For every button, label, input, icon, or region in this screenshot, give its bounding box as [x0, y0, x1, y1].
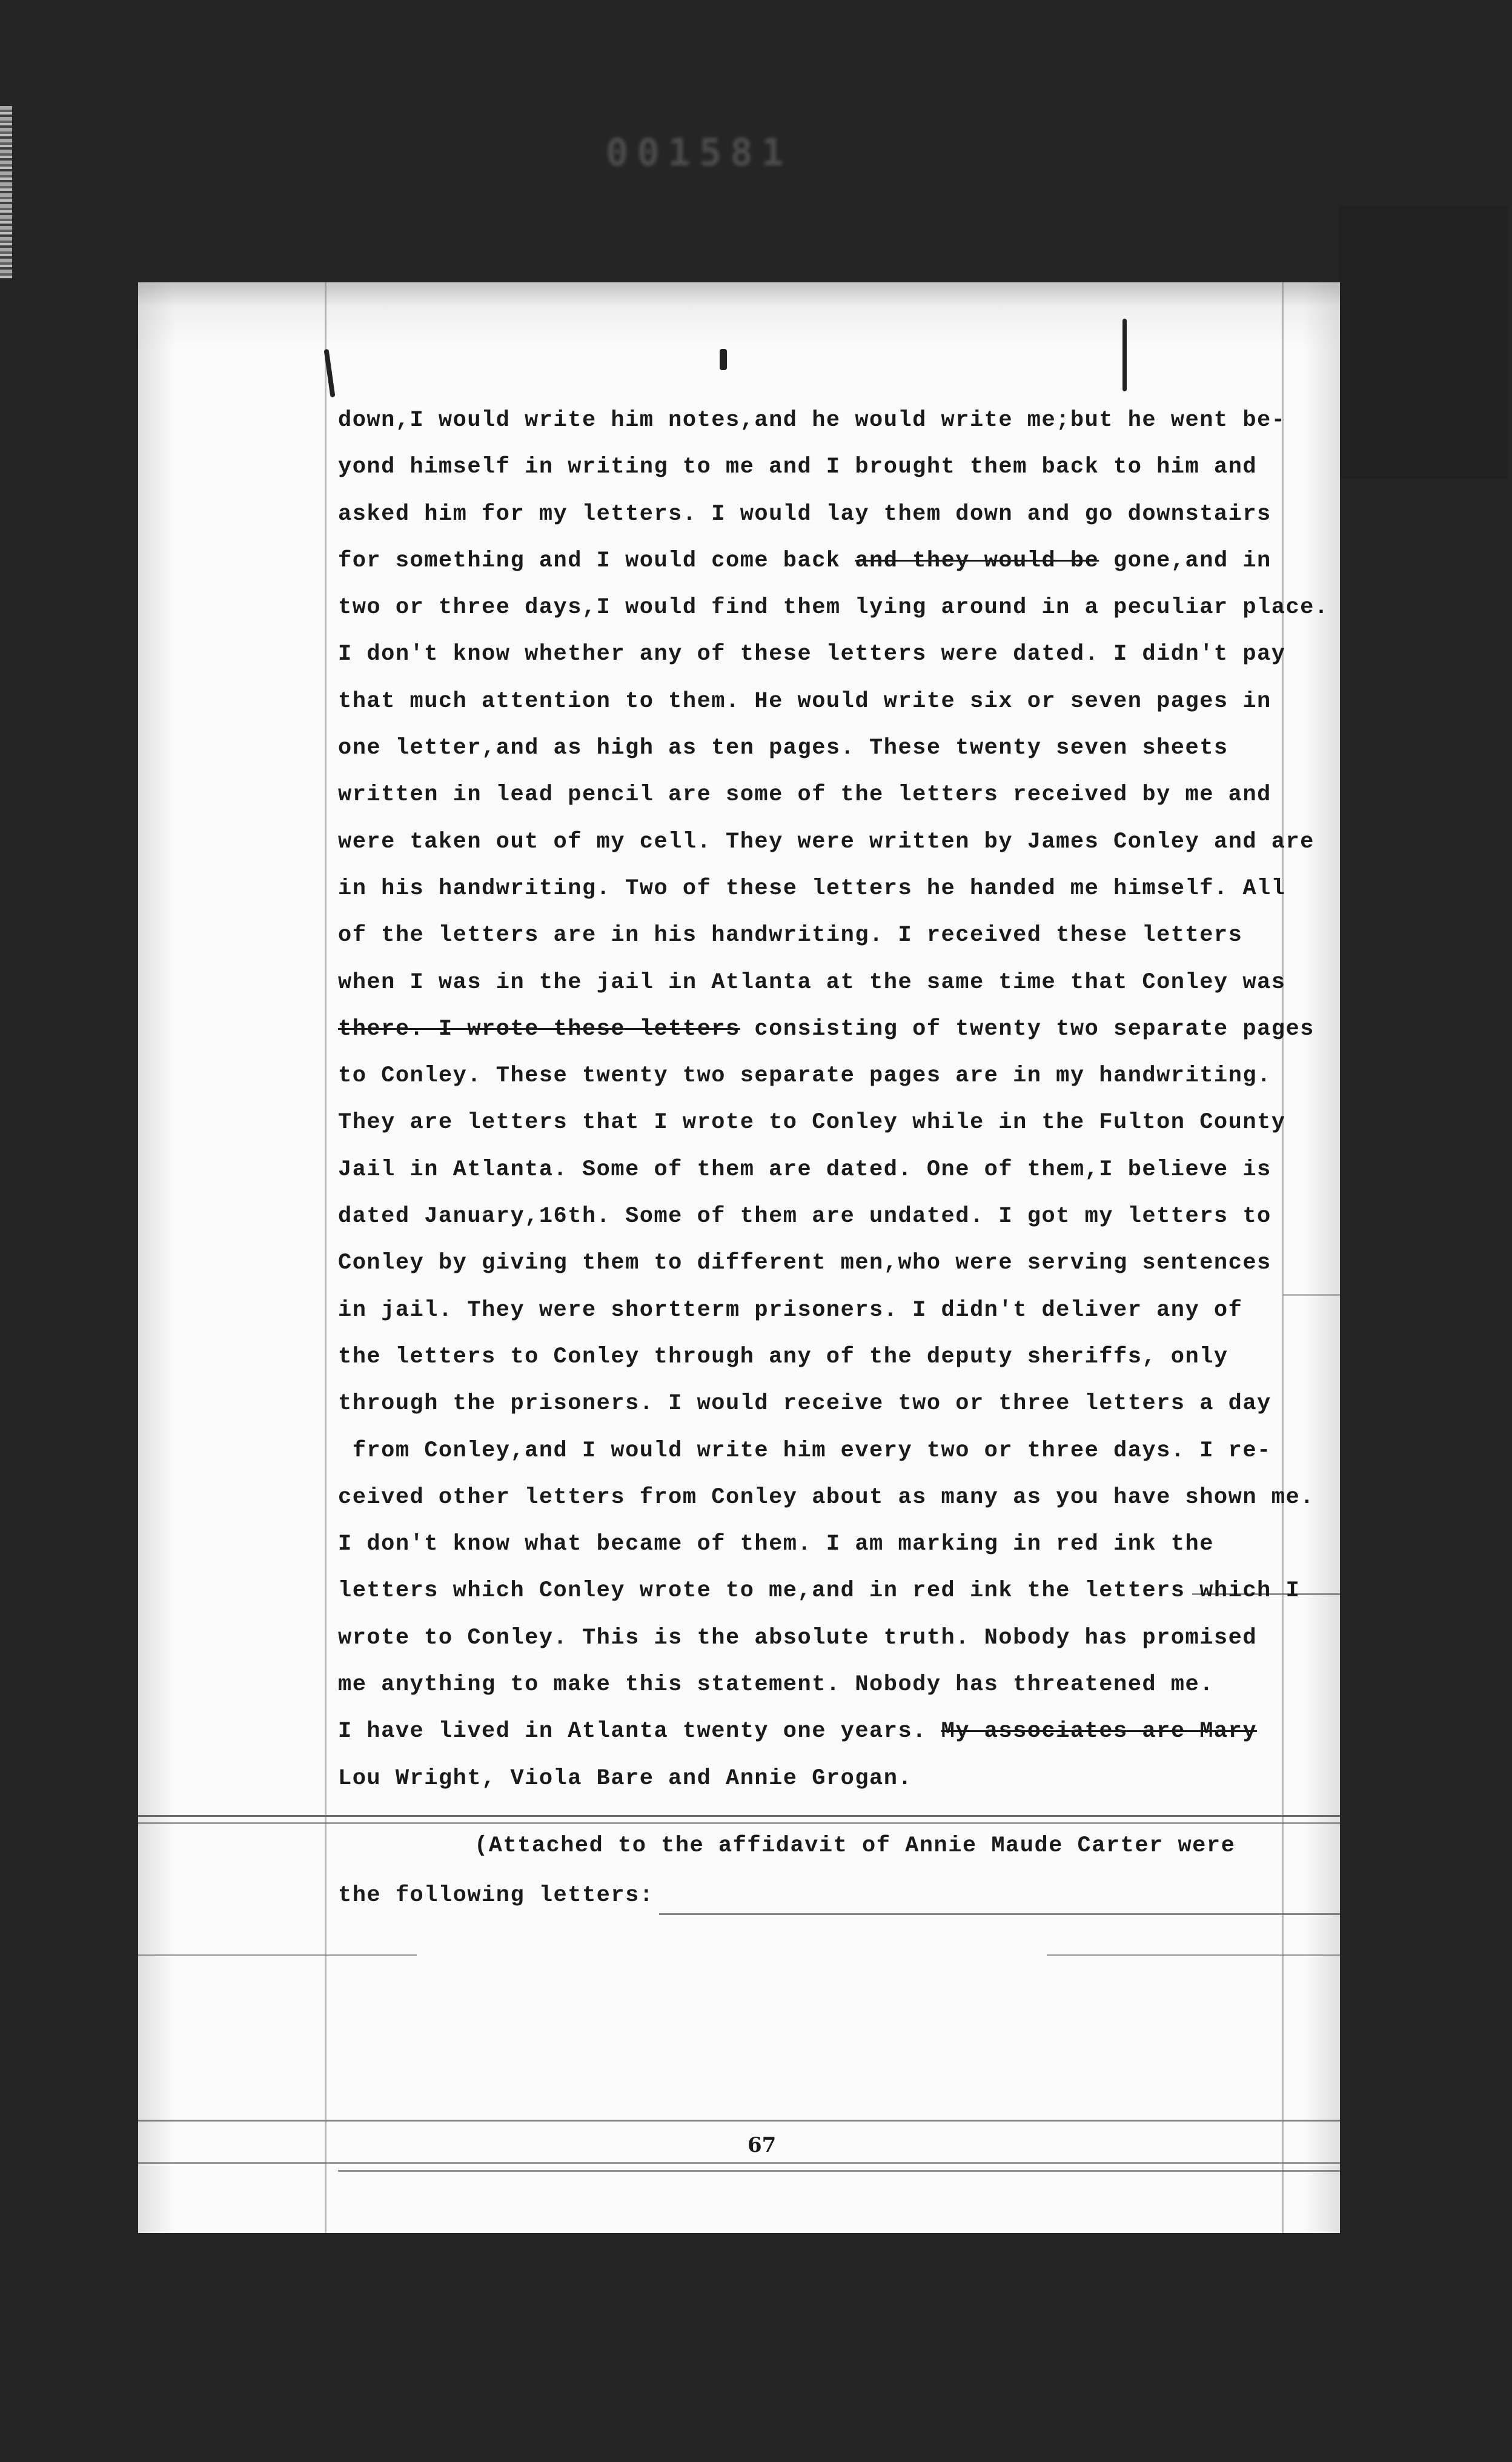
text-line: They are letters that I wrote to Conley …	[338, 1100, 1319, 1146]
text-line: for something and I would come back and …	[338, 538, 1319, 585]
text-line: I have lived in Atlanta twenty one years…	[338, 1708, 1319, 1755]
text-line: from Conley,and I would write him every …	[338, 1428, 1319, 1475]
text-line: there. I wrote these letters consisting …	[338, 1006, 1319, 1053]
ruled-line	[1047, 1954, 1340, 1956]
text-line: of the letters are in his handwriting. I…	[338, 912, 1319, 959]
background-smudge	[1339, 206, 1508, 479]
attached-note-line: the following letters:	[338, 1871, 1319, 1920]
handwritten-mark	[720, 349, 727, 370]
ruled-line	[138, 2120, 1340, 2122]
text-line: to Conley. These twenty two separate pag…	[338, 1053, 1319, 1100]
text-line: in jail. They were shortterm prisoners. …	[338, 1287, 1319, 1334]
text-line: letters which Conley wrote to me,and in …	[338, 1568, 1319, 1614]
text-line: Jail in Atlanta. Some of them are dated.…	[338, 1147, 1319, 1193]
text-line: wrote to Conley. This is the absolute tr…	[338, 1615, 1319, 1662]
text-line: the letters to Conley through any of the…	[338, 1334, 1319, 1381]
attached-note: (Attached to the affidavit of Annie Maud…	[338, 1821, 1319, 1920]
affidavit-body: down,I would write him notes,and he woul…	[338, 397, 1319, 1802]
attached-note-line: (Attached to the affidavit of Annie Maud…	[338, 1821, 1319, 1871]
text-line: yond himself in writing to me and I brou…	[338, 444, 1319, 491]
text-line: written in lead pencil are some of the l…	[338, 772, 1319, 818]
text-line: Conley by giving them to different men,w…	[338, 1240, 1319, 1287]
margin-line	[325, 282, 327, 2233]
struck-text: and they would be	[855, 548, 1099, 574]
text-line: dated January,16th. Some of them are und…	[338, 1193, 1319, 1240]
text-line: through the prisoners. I would receive t…	[338, 1381, 1319, 1427]
typewritten-page: down,I would write him notes,and he woul…	[138, 282, 1340, 2233]
text-line: I don't know whether any of these letter…	[338, 631, 1319, 678]
film-edge-strip	[0, 106, 12, 279]
ruled-line	[138, 1954, 417, 1956]
struck-text: My associates are Mary	[941, 1719, 1257, 1744]
text-line: two or three days,I would find them lyin…	[338, 585, 1319, 631]
ruled-line	[138, 1815, 1340, 1817]
text-line: ceived other letters from Conley about a…	[338, 1475, 1319, 1521]
archive-stamp-number: 001581	[606, 130, 884, 179]
handwritten-mark	[1122, 319, 1127, 391]
text-line: were taken out of my cell. They were wri…	[338, 819, 1319, 866]
text-line: down,I would write him notes,and he woul…	[338, 397, 1319, 444]
text-line: that much attention to them. He would wr…	[338, 679, 1319, 725]
text-line: me anything to make this statement. Nobo…	[338, 1662, 1319, 1708]
struck-text: there. I wrote these letters	[338, 1017, 740, 1042]
text-line: asked him for my letters. I would lay th…	[338, 491, 1319, 538]
text-line: when I was in the jail in Atlanta at the…	[338, 960, 1319, 1006]
ruled-line	[138, 2162, 1340, 2164]
page-number: 67	[748, 2133, 776, 2157]
ruled-line	[338, 2170, 1340, 2172]
text-line: I don't know what became of them. I am m…	[338, 1521, 1319, 1568]
text-line: Lou Wright, Viola Bare and Annie Grogan.	[338, 1756, 1319, 1802]
text-line: one letter,and as high as ten pages. The…	[338, 725, 1319, 772]
text-line: in his handwriting. Two of these letters…	[338, 866, 1319, 912]
